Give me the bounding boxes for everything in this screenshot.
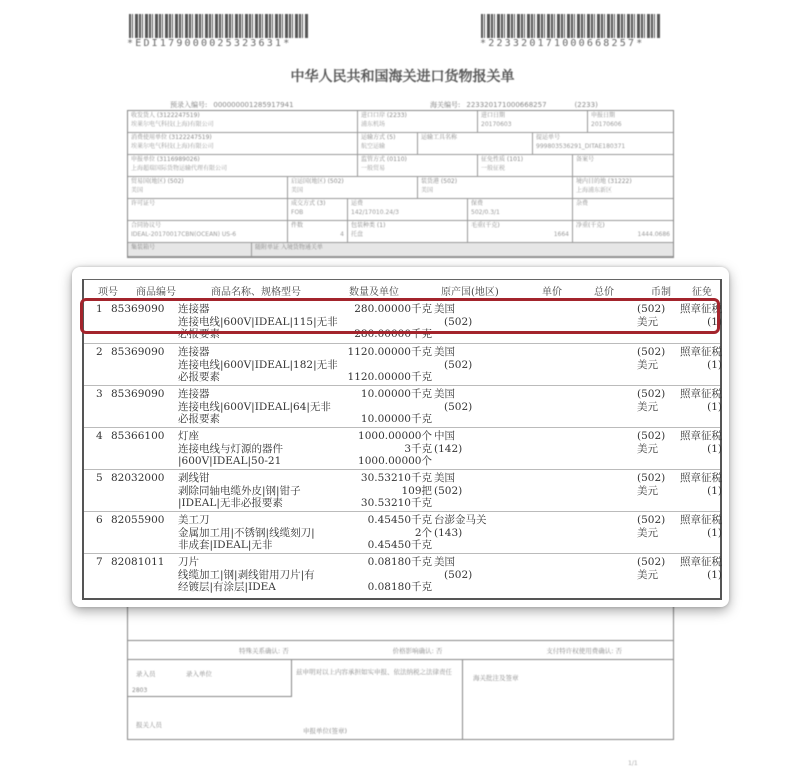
header-item-no: 项号 xyxy=(98,283,118,298)
entry-box: 录入员 录入单位 2803 xyxy=(128,660,292,697)
goods-name-spec: 刀片 线缆加工|钢|剥线钳用刀片|有 经镀层|有涂层|IDEA xyxy=(178,556,315,594)
zoomed-goods-table-card: 项号 商品编号 商品名称、规格型号 数量及单位 原产国(地区) 单价 总价 币制… xyxy=(72,267,729,607)
signature-area: 录入员 录入单位 2803 兹申明对以上内容承担如实申报、依法纳税之法律责任 海… xyxy=(127,660,674,740)
form-header-grid: 收发货人 (3122247519)埃莱尔电气科技(上海)有限公司 进口口岸 (2… xyxy=(127,110,674,258)
declare-unit-stamp-label: 申报单位(签章) xyxy=(303,726,347,735)
page-number: 1/1 xyxy=(628,760,638,767)
field-contract: 合同协议号IDEAL-20170017CBN(OCEAN) US-6 xyxy=(128,221,288,242)
customs-approval-box: 海关批注及签章 xyxy=(462,660,674,739)
barcode-right xyxy=(481,14,661,38)
form-title: 中华人民共和国海关进口货物报关单 xyxy=(0,66,805,86)
field-trade-country: 贸易国(地区) (502)美国 xyxy=(128,177,288,198)
currency: (502) 美元 xyxy=(637,388,665,413)
field-license: 许可证号 xyxy=(128,199,288,220)
field-freight: 运费142/17010.24/3 xyxy=(348,199,468,220)
field-origin-country: 启运国(地区) (502)美国 xyxy=(288,177,418,198)
field-vehicle: 运输工具名称 xyxy=(418,133,533,154)
field-declarant: 申报单位 (3116989026)上海超瑞国际货物运输代理有限公司 xyxy=(128,155,358,176)
levy-method: 照章征税 (1) xyxy=(676,388,722,413)
field-transport: 运输方式 (5)航空运输 xyxy=(358,133,418,154)
origin-country: 台澎金马关 (143) xyxy=(434,514,487,539)
levy-method: 照章征税 (1) xyxy=(676,430,722,455)
field-port: 进口口岸 (2233)浦东机场 xyxy=(358,111,478,132)
levy-method: 照章征税 (1) xyxy=(676,472,722,497)
field-misc: 杂费 xyxy=(573,199,673,220)
quantity-unit: 30.53210千克 109把 30.53210千克 xyxy=(324,472,432,510)
quantity-unit: 280.00000千克 280.00000千克 xyxy=(324,303,432,341)
goods-code: 82032000 xyxy=(111,472,164,485)
declaration-text: 兹申明对以上内容承担如实申报、依法纳税之法律责任 xyxy=(296,668,456,676)
field-destination: 境内目的地 (31222)上海浦东新区 xyxy=(573,177,673,198)
item-number: 7 xyxy=(96,556,103,569)
goods-name-spec: 连接器 连接电线|600V|IDEAL|115|无非 必报要素 xyxy=(178,303,338,341)
currency: (502) 美元 xyxy=(637,303,665,328)
table-row: 185369090连接器 连接电线|600V|IDEAL|115|无非 必报要素… xyxy=(84,301,720,344)
currency: (502) 美元 xyxy=(637,514,665,539)
field-record: 备案号 xyxy=(573,155,673,176)
item-number: 5 xyxy=(96,472,103,485)
reporter-label: 报关人员 xyxy=(136,720,162,729)
levy-method: 照章征税 (1) xyxy=(676,556,722,581)
table-row: 582032000剥线钳 剥除同轴电缆外皮|钢|钳子 |IDEAL|无非必报要素… xyxy=(84,470,720,512)
field-bill: 提运单号999803536291_DITAE180371 xyxy=(533,133,673,154)
origin-country: 中国 (142) xyxy=(434,430,462,455)
quantity-unit: 0.08180千克 0.08180千克 xyxy=(324,556,432,594)
field-net-weight: 净重(千克)1444.0686 xyxy=(573,221,673,242)
header-unit-price: 单价 xyxy=(542,283,562,298)
origin-country: 美国 (502) xyxy=(434,472,462,497)
quantity-unit: 0.45450千克 2个 0.45450千克 xyxy=(324,514,432,552)
currency: (502) 美元 xyxy=(637,346,665,371)
currency: (502) 美元 xyxy=(637,472,665,497)
header-origin: 原产国(地区) xyxy=(441,283,499,298)
quantity-unit: 1000.00000个 3千克 1000.00000个 xyxy=(324,430,432,468)
header-levy: 征免 xyxy=(692,283,712,298)
barcode-left-text: *EDI179000025323631* xyxy=(127,38,291,49)
goods-code: 82055900 xyxy=(111,514,164,527)
header-goods-code: 商品编号 xyxy=(136,283,176,298)
table-row: 485366100灯座 连接电线与灯源的器件 |600V|IDEAL|50-21… xyxy=(84,428,720,470)
item-number: 4 xyxy=(96,430,103,443)
goods-code: 82081011 xyxy=(111,556,164,569)
item-number: 2 xyxy=(96,346,103,359)
field-container: 集装箱号 xyxy=(128,243,252,256)
table-row: 782081011刀片 线缆加工|钢|剥线钳用刀片|有 经镀层|有涂层|IDEA… xyxy=(84,554,720,596)
goods-code: 85366100 xyxy=(111,430,164,443)
field-import-date: 进口日期20170603 xyxy=(478,111,588,132)
header-currency: 币制 xyxy=(651,283,671,298)
header-goods-name: 商品名称、规格型号 xyxy=(211,283,301,298)
levy-method: 照章征税 (1) xyxy=(676,303,722,328)
goods-code: 85369090 xyxy=(111,346,164,359)
royalty-confirm: 支付特许权使用费确认: 否 xyxy=(546,646,622,655)
table-row: 385369090连接器 连接电线|600V|IDEAL|64|无非 必报要素1… xyxy=(84,386,720,428)
origin-country: 美国 (502) xyxy=(434,303,472,328)
goods-name-spec: 连接器 连接电线|600V|IDEAL|182|无非 必报要素 xyxy=(178,346,338,384)
field-declare-date: 申报日期20170606 xyxy=(588,111,673,132)
origin-country: 美国 (502) xyxy=(434,346,472,371)
table-row: 682055900美工刀 金属加工用|不锈钢|线缆刻刀| 非成套|IDEAL|无… xyxy=(84,512,720,554)
field-insurance: 保费502/0.3/1 xyxy=(468,199,573,220)
customs-number: 海关编号:223320171000668257(2233) xyxy=(430,100,598,110)
confirmation-row: 特殊关系确认: 否 价格影响确认: 否 支付特许权使用费确认: 否 xyxy=(127,640,674,660)
origin-country: 美国 (502) xyxy=(434,388,472,413)
quantity-unit: 1120.00000千克 1120.00000千克 xyxy=(324,346,432,384)
item-number: 3 xyxy=(96,388,103,401)
goods-name-spec: 美工刀 金属加工用|不锈钢|线缆刻刀| 非成套|IDEAL|无非 xyxy=(178,514,315,552)
field-consumer: 消费使用单位 (3122247519)埃莱尔电气科技(上海)有限公司 xyxy=(128,133,358,154)
header-total-price: 总价 xyxy=(594,283,614,298)
goods-code: 85369090 xyxy=(111,388,164,401)
goods-table: 项号 商品编号 商品名称、规格型号 数量及单位 原产国(地区) 单价 总价 币制… xyxy=(82,279,722,600)
origin-country: 美国 (502) xyxy=(434,556,472,581)
special-relation-confirm: 特殊关系确认: 否 xyxy=(239,646,289,655)
field-port-loading: 装货港 (502)美国 xyxy=(418,177,573,198)
header-quantity: 数量及单位 xyxy=(349,283,399,298)
field-pieces: 件数4 xyxy=(288,221,348,242)
levy-method: 照章征税 (1) xyxy=(676,346,722,371)
barcode-left xyxy=(129,14,309,38)
table-row: 285369090连接器 连接电线|600V|IDEAL|182|无非 必报要素… xyxy=(84,344,720,386)
table-header: 项号 商品编号 商品名称、规格型号 数量及单位 原产国(地区) 单价 总价 币制… xyxy=(84,281,720,297)
field-consignee: 收发货人 (3122247519)埃莱尔电气科技(上海)有限公司 xyxy=(128,111,358,132)
field-gross-weight: 毛重(千克)1664 xyxy=(468,221,573,242)
field-package: 包装种类 (1)托盘 xyxy=(348,221,468,242)
goods-code: 85369090 xyxy=(111,303,164,316)
goods-name-spec: 灯座 连接电线与灯源的器件 |600V|IDEAL|50-21 xyxy=(178,430,283,468)
currency: (502) 美元 xyxy=(637,430,665,455)
barcode-right-text: *223320171000668257* xyxy=(480,38,644,49)
goods-name-spec: 剥线钳 剥除同轴电缆外皮|钢|钳子 |IDEAL|无非必报要素 xyxy=(178,472,301,510)
levy-method: 照章征税 (1) xyxy=(676,514,722,539)
item-number: 1 xyxy=(96,303,103,316)
item-number: 6 xyxy=(96,514,103,527)
price-impact-confirm: 价格影响确认: 否 xyxy=(393,646,443,655)
table-body: 185369090连接器 连接电线|600V|IDEAL|115|无非 必报要素… xyxy=(84,301,720,596)
goods-name-spec: 连接器 连接电线|600V|IDEAL|64|无非 必报要素 xyxy=(178,388,331,426)
field-supervision: 监管方式 (0110)一般贸易 xyxy=(358,155,478,176)
field-levy-nature: 征免性质 (101)一般征税 xyxy=(478,155,573,176)
field-documents: 随附单证 入境货物通关单 xyxy=(252,243,673,256)
field-deal: 成交方式 (3)FOB xyxy=(288,199,348,220)
currency: (502) 美元 xyxy=(637,556,665,581)
preentry-number: 预录入编号:000000001285917941 xyxy=(170,100,294,110)
quantity-unit: 10.00000千克 10.00000千克 xyxy=(324,388,432,426)
